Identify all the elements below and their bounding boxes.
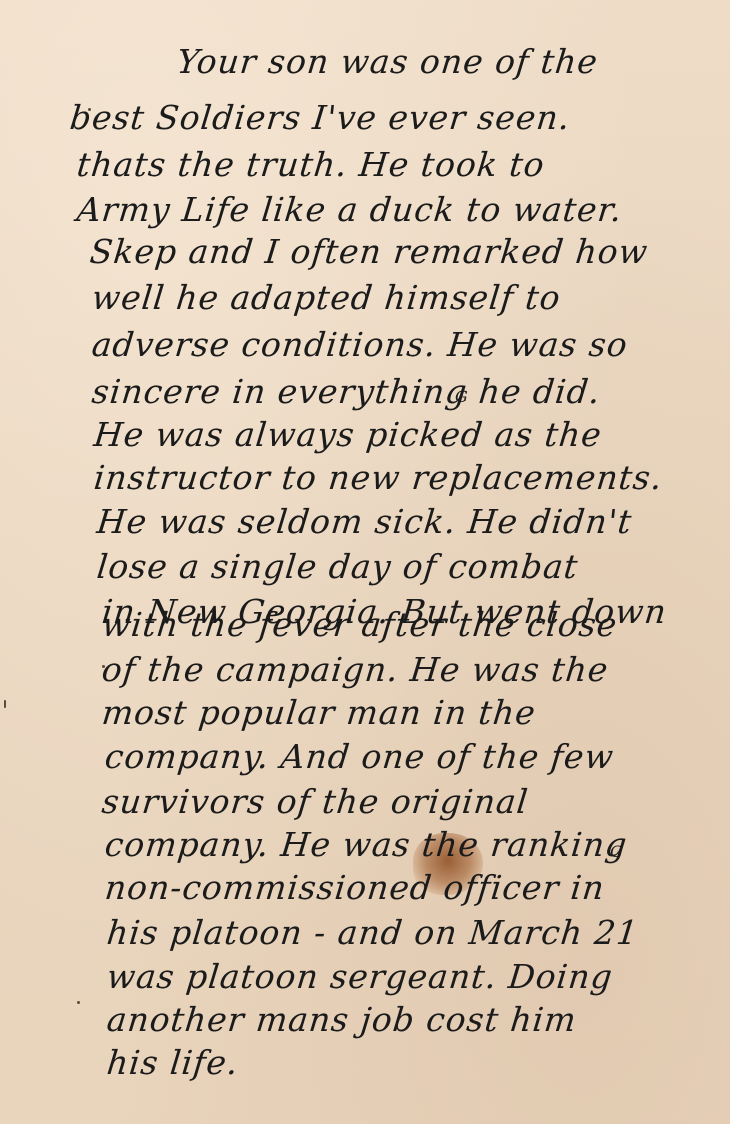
letter-line: another mans job cost him bbox=[105, 1000, 579, 1039]
letter-line: his platoon - and on March 21 bbox=[105, 913, 641, 952]
letter-line: thats the truth. He took to bbox=[75, 145, 547, 184]
letter-line: best Soldiers I've ever seen. bbox=[68, 98, 572, 137]
letter-line: He was always picked as the bbox=[92, 415, 604, 454]
letter-line: company. He was the ranking bbox=[103, 825, 629, 864]
letter-line: of the campaign. He was the bbox=[100, 650, 611, 689]
insertion-mark: G bbox=[455, 387, 468, 406]
letter-line: was platoon sergeant. Doing bbox=[105, 957, 615, 996]
letter-line: lose a single day of combat bbox=[95, 547, 580, 586]
letter-line: company. And one of the few bbox=[103, 737, 616, 776]
letter-line: with the fever after the close bbox=[100, 605, 619, 644]
insertion-mark: G bbox=[610, 842, 623, 861]
letter-line: sincere in everything he did. bbox=[90, 372, 603, 411]
letter-body: Your son was one of the best Soldiers I'… bbox=[0, 0, 730, 1124]
letter-line: adverse conditions. He was so bbox=[90, 325, 630, 364]
letter-line: non-commissioned officer in bbox=[103, 868, 607, 907]
letter-line: his life. bbox=[105, 1043, 241, 1082]
letter-line: Army Life like a duck to water. bbox=[75, 190, 624, 229]
letter-line: Skep and I often remarked how bbox=[88, 232, 650, 271]
letter-line: instructor to new replacements. bbox=[92, 458, 665, 497]
letter-line: survivors of the original bbox=[100, 782, 530, 821]
letter-line: most popular man in the bbox=[100, 693, 538, 732]
letter-line: well he adapted himself to bbox=[90, 278, 563, 317]
letter-line: Your son was one of the bbox=[175, 42, 600, 81]
letter-page: Your son was one of the best Soldiers I'… bbox=[0, 0, 730, 1124]
letter-line: He was seldom sick. He didn't bbox=[95, 502, 634, 541]
